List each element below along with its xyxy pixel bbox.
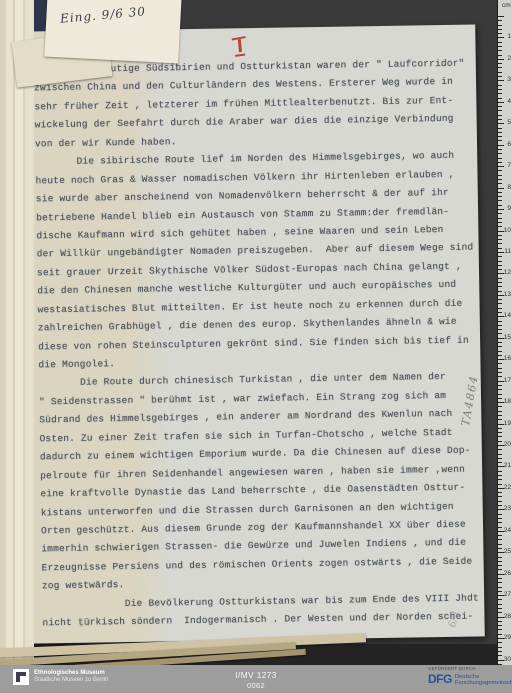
ruler-tick-minor — [498, 394, 502, 395]
ruler-tick-minor — [498, 647, 502, 648]
ruler-tick-minor — [498, 432, 502, 433]
ruler-tick-minor — [498, 46, 502, 47]
ruler-tick-major — [498, 252, 504, 253]
ruler-tick-minor — [498, 406, 502, 407]
ruler-tick-label: 29 — [504, 635, 511, 641]
ruler-tick-label: 6 — [507, 142, 511, 148]
ruler-tick-label: 18 — [504, 399, 511, 405]
ruler-tick-major — [498, 59, 504, 60]
ruler-tick-minor — [498, 419, 502, 420]
ruler-tick-label: 10 — [504, 228, 511, 234]
ruler-tick-minor — [498, 436, 502, 437]
ruler-tick-label: 30 — [504, 657, 511, 663]
ruler-tick-minor — [498, 629, 502, 630]
ruler-tick-major — [498, 102, 504, 103]
ruler-tick-minor — [498, 496, 502, 497]
ruler-tick-minor — [498, 286, 502, 287]
ruler-tick-major — [498, 209, 504, 210]
ruler-tick-minor — [498, 235, 502, 236]
ruler-tick-minor — [498, 282, 502, 283]
ruler-tick-minor — [498, 557, 502, 558]
red-numeral-stem — [238, 39, 242, 52]
ruler-tick-minor — [498, 213, 502, 214]
ruler-tick-minor — [498, 200, 502, 201]
ruler-tick-minor — [498, 441, 502, 442]
ruler-tick-minor — [498, 458, 502, 459]
ruler-tick-label: 23 — [504, 506, 511, 512]
ruler-tick-label: 16 — [504, 356, 511, 362]
ruler-tick-minor — [498, 261, 502, 262]
ruler-tick-label: 11 — [504, 249, 511, 255]
ruler-tick-minor — [498, 149, 502, 150]
red-numeral-bottom-bar — [235, 54, 245, 58]
ruler-tick-minor — [498, 248, 502, 249]
ruler-tick-minor — [498, 196, 502, 197]
ruler-tick-minor — [498, 428, 502, 429]
ruler-tick-minor — [498, 192, 502, 193]
ruler-tick-minor — [498, 634, 502, 635]
ruler-tick-label: 2 — [507, 56, 511, 62]
ruler-tick-minor — [498, 106, 502, 107]
ruler-tick-label: 28 — [504, 614, 511, 620]
ruler-tick-minor — [498, 239, 502, 240]
paper-stack-left-edge — [0, 0, 34, 662]
ruler-tick-minor — [498, 329, 502, 330]
typewritten-page: Das heutige Südsibirien und Ostturkistan… — [23, 24, 485, 643]
ruler-tick-minor — [498, 119, 502, 120]
ruler-tick-minor — [498, 587, 502, 588]
ruler-tick-label: 12 — [504, 270, 511, 276]
ruler-tick-minor — [498, 25, 502, 26]
ruler-tick-minor — [498, 454, 502, 455]
ruler-tick-label: 26 — [504, 571, 511, 577]
ruler-tick-minor — [498, 411, 502, 412]
ruler-tick-minor — [498, 63, 502, 64]
ruler-tick-minor — [498, 342, 502, 343]
ruler-tick-minor — [498, 76, 502, 77]
ruler-tick-minor — [498, 205, 502, 206]
ruler-tick-minor — [498, 278, 502, 279]
ruler-tick-minor — [498, 33, 502, 34]
faint-left-mark: 10 — [77, 617, 91, 630]
ruler-tick-minor — [498, 612, 502, 613]
ruler-tick-minor — [498, 655, 502, 656]
ruler-tick-minor — [498, 72, 502, 73]
ruler-tick-minor — [498, 140, 502, 141]
ruler-tick-minor — [498, 158, 502, 159]
funder-pre-label: GEFÖRDERT DURCH — [428, 667, 492, 671]
ruler-tick-minor — [498, 505, 502, 506]
ruler-tick-label: 24 — [504, 528, 511, 534]
ruler-tick-minor — [498, 20, 502, 21]
ruler-tick-minor — [498, 269, 502, 270]
ruler-tick-minor — [498, 183, 502, 184]
ruler-tick-minor — [498, 642, 502, 643]
ruler-tick-minor — [498, 376, 502, 377]
ruler-tick-minor — [498, 128, 502, 129]
ruler-tick-major — [498, 123, 504, 124]
ruler-tick-major — [498, 37, 504, 38]
ruler-tick-minor — [498, 243, 502, 244]
cm-ruler: cm 1234567891011121314151617181920212223… — [497, 0, 512, 693]
ruler-tick-minor — [498, 85, 502, 86]
ruler-tick-minor — [498, 29, 502, 30]
digitization-footer: Ethnologisches Museum Staatliche Museen … — [0, 665, 512, 693]
ruler-tick-major — [498, 188, 504, 189]
ruler-tick-major — [498, 80, 504, 81]
ruler-tick-minor — [498, 599, 502, 600]
ruler-tick-minor — [498, 385, 502, 386]
ruler-tick-label: 20 — [504, 442, 511, 448]
ruler-tick-minor — [498, 346, 502, 347]
ruler-tick-minor — [498, 449, 502, 450]
funder-name: Deutsche Forschungsgemeinschaft — [455, 674, 512, 686]
funder-name-line2: Forschungsgemeinschaft — [455, 680, 512, 686]
ruler-tick-label: 15 — [504, 335, 511, 341]
ruler-tick-minor — [498, 518, 502, 519]
ruler-tick-minor — [498, 363, 502, 364]
ruler-tick-minor — [498, 578, 502, 579]
ruler-tick-label: 3 — [507, 77, 511, 83]
ruler-tick-label: 8 — [507, 185, 511, 191]
ruler-tick-minor — [498, 153, 502, 154]
ruler-tick-label: 19 — [504, 421, 511, 427]
ruler-tick-minor — [498, 501, 502, 502]
typed-text: Das heutige Südsibirien und Ostturkistan… — [34, 55, 483, 633]
ruler-tick-minor — [498, 218, 502, 219]
ruler-tick-minor — [498, 325, 502, 326]
ruler-tick-label: 9 — [507, 206, 511, 212]
ruler-tick-minor — [498, 548, 502, 549]
ruler-tick-minor — [498, 308, 502, 309]
ruler-tick-minor — [498, 170, 502, 171]
ruler-tick-minor — [498, 569, 502, 570]
ruler-tick-major — [498, 166, 504, 167]
ruler-tick-minor — [498, 621, 502, 622]
ruler-tick-major — [498, 145, 504, 146]
dfg-logo: DFG — [428, 674, 452, 685]
ruler-tick-minor — [498, 93, 502, 94]
ruler-tick-minor — [498, 333, 502, 334]
ruler-tick-minor — [498, 222, 502, 223]
ruler-tick-minor — [498, 389, 502, 390]
ruler-tick-label: 17 — [504, 378, 511, 384]
ruler-tick-minor — [498, 535, 502, 536]
ruler-tick-minor — [498, 98, 502, 99]
ruler-tick-minor — [498, 132, 502, 133]
ruler-tick-label: 1 — [507, 34, 511, 40]
ruler-tick-minor — [498, 368, 502, 369]
ruler-tick-minor — [498, 162, 502, 163]
ruler-tick-minor — [498, 565, 502, 566]
ruler-tick-minor — [498, 484, 502, 485]
ruler-tick-minor — [498, 299, 502, 300]
ruler-tick-minor — [498, 321, 502, 322]
ruler-tick-label: 7 — [507, 163, 511, 169]
ruler-tick-minor — [498, 539, 502, 540]
ruler-tick-minor — [498, 175, 502, 176]
ruler-tick-minor — [498, 604, 502, 605]
ruler-tick-minor — [498, 514, 502, 515]
ruler-tick-minor — [498, 303, 502, 304]
ruler-tick-minor — [498, 355, 502, 356]
ruler-tick-minor — [498, 136, 502, 137]
ruler-tick-minor — [498, 544, 502, 545]
ruler-tick-label: 27 — [504, 592, 511, 598]
ruler-tick-minor — [498, 291, 502, 292]
red-numeral-mark — [231, 35, 250, 57]
ruler-tick-minor — [498, 582, 502, 583]
ruler-tick-minor — [498, 50, 502, 51]
ruler-tick-minor — [498, 372, 502, 373]
ruler-tick-minor — [498, 265, 502, 266]
ruler-tick-minor — [498, 591, 502, 592]
ruler-tick-minor — [498, 256, 502, 257]
ruler-tick-label: 13 — [504, 292, 511, 298]
ruler-tick-label: 25 — [504, 549, 511, 555]
ruler-tick-minor — [498, 415, 502, 416]
ruler-tick-minor — [498, 351, 502, 352]
ruler-tick-minor — [498, 42, 502, 43]
ruler-tick-label: 22 — [504, 485, 511, 491]
ruler-tick-label: 21 — [504, 463, 511, 469]
ruler-tick-minor — [498, 55, 502, 56]
ruler-tick-minor — [498, 475, 502, 476]
ruler-tick-minor — [498, 179, 502, 180]
ruler-tick-minor — [498, 625, 502, 626]
ruler-tick-minor — [498, 492, 502, 493]
ruler-tick-minor — [498, 398, 502, 399]
ruler-tick-minor — [498, 312, 502, 313]
ruler-tick-label: 14 — [504, 313, 511, 319]
ruler-tick-minor — [498, 522, 502, 523]
ruler-tick-minor — [498, 67, 502, 68]
ruler-unit-label: cm — [502, 2, 511, 9]
ruler-tick-minor — [498, 471, 502, 472]
scanned-document-page: Das heutige Südsibirien und Ostturkistan… — [0, 0, 512, 693]
ruler-tick-minor — [498, 89, 502, 90]
ruler-tick-major — [498, 16, 504, 17]
ruler-tick-minor — [498, 527, 502, 528]
ruler-tick-minor — [498, 608, 502, 609]
funder-block: GEFÖRDERT DURCH DFG Deutsche Forschungsg… — [428, 667, 512, 686]
ruler-tick-minor — [498, 479, 502, 480]
ruler-tick-label: 4 — [507, 99, 511, 105]
ruler-tick-label: 5 — [507, 120, 511, 126]
ruler-tick-minor — [498, 226, 502, 227]
ruler-tick-minor — [498, 110, 502, 111]
ruler-tick-minor — [498, 651, 502, 652]
ruler-tick-minor — [498, 115, 502, 116]
ruler-tick-minor — [498, 462, 502, 463]
ruler-tick-minor — [498, 561, 502, 562]
